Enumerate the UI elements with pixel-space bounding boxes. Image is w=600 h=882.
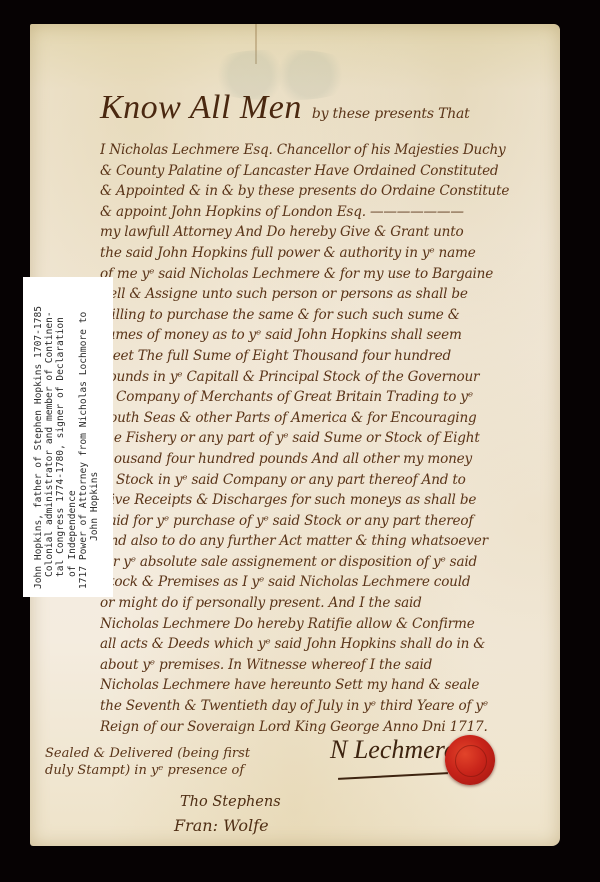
manuscript-line: the said John Hopkins full power & autho…: [100, 243, 555, 264]
witness-signatures: Tho Stephens Fran: Wolfe: [180, 790, 281, 838]
caption-line: tal Congress 1774-1780, signer of Declar…: [55, 283, 66, 589]
caption-text-rotated: John Hopkins, father of Stephen Hopkins …: [23, 277, 113, 597]
manuscript-line: willing to purchase the same & for such …: [100, 305, 555, 326]
manuscript-line: Stock & Premises as I yᵉ said Nicholas L…: [100, 572, 555, 593]
manuscript-line: thousand four hundred pounds And all oth…: [100, 449, 555, 470]
archival-caption-label: John Hopkins, father of Stephen Hopkins …: [23, 277, 113, 597]
manuscript-line: my lawfull Attorney And Do hereby Give &…: [100, 222, 555, 243]
attestation-line: Sealed & Delivered (being first: [45, 745, 250, 762]
manuscript-line: paid for yᵉ purchase of yᵉ said Stock or…: [100, 511, 555, 532]
manuscript-line: Sell & Assigne unto such person or perso…: [100, 284, 555, 305]
manuscript-line: the Seventh & Twentieth day of July in y…: [100, 696, 555, 717]
manuscript-lines: I Nicholas Lechmere Esq. Chancellor of h…: [100, 140, 555, 737]
manuscript-line: Give Receipts & Discharges for such mone…: [100, 490, 555, 511]
manuscript-line: I Nicholas Lechmere Esq. Chancellor of h…: [100, 140, 555, 161]
manuscript-line: And also to do any further Act matter & …: [100, 531, 555, 552]
manuscript-line: & Appointed & in & by these presents do …: [100, 181, 555, 202]
caption-line: Colonial administrator and member of Con…: [44, 283, 55, 589]
manuscript-line: about yᵉ premises. In Witnesse whereof I…: [100, 655, 555, 676]
manuscript-line: & appoint John Hopkins of London Esq. ——…: [100, 202, 555, 223]
manuscript-line: & Company of Merchants of Great Britain …: [100, 387, 555, 408]
red-wax-seal-icon: [445, 735, 495, 785]
manuscript-line: Nicholas Lechmere have hereunto Sett my …: [100, 675, 555, 696]
manuscript-line: the Fishery or any part of yᵉ said Sume …: [100, 428, 555, 449]
manuscript-line: or might do if personally present. And I…: [100, 593, 555, 614]
manuscript-heading: Know All Men: [100, 89, 302, 126]
manuscript-heading-rest: by these presents That: [312, 106, 470, 122]
principal-signature: N Lechmere: [330, 735, 455, 765]
manuscript-line: meet The full Sume of Eight Thousand fou…: [100, 346, 555, 367]
manuscript-line: all acts & Deeds which yᵉ said John Hopk…: [100, 634, 555, 655]
manuscript-line: & County Palatine of Lancaster Have Orda…: [100, 161, 555, 182]
manuscript-line: Nicholas Lechmere Do hereby Ratifie allo…: [100, 614, 555, 635]
manuscript-line: pounds in yᵉ Capitall & Principal Stock …: [100, 367, 555, 388]
manuscript-line: of me yᵉ said Nicholas Lechmere & for my…: [100, 264, 555, 285]
caption-line: John Hopkins, father of Stephen Hopkins …: [33, 283, 44, 589]
attestation-clause: Sealed & Delivered (being first duly Sta…: [45, 745, 250, 779]
manuscript-line: South Seas & other Parts of America & fo…: [100, 408, 555, 429]
manuscript-line: Reign of our Soveraign Lord King George …: [100, 717, 555, 738]
witness-signature: Fran: Wolfe: [174, 814, 281, 838]
caption-line: of Independence: [67, 283, 78, 589]
attestation-line: duly Stampt) in yᵉ presence of: [45, 762, 250, 779]
witness-signature: Tho Stephens: [180, 790, 281, 814]
manuscript-line: for yᵉ absolute sale assignement or disp…: [100, 552, 555, 573]
caption-line: 1717 Power of Attorney from Nicholas Loc…: [78, 283, 89, 589]
manuscript-line: & Stock in yᵉ said Company or any part t…: [100, 470, 555, 491]
manuscript-heading-line: Know All Menby these presents That: [100, 98, 470, 125]
manuscript-line: sumes of money as to yᵉ said John Hopkin…: [100, 325, 555, 346]
document-photo-frame: Know All Menby these presents That I Nic…: [0, 0, 600, 882]
caption-line: John Hopkins: [89, 283, 100, 589]
